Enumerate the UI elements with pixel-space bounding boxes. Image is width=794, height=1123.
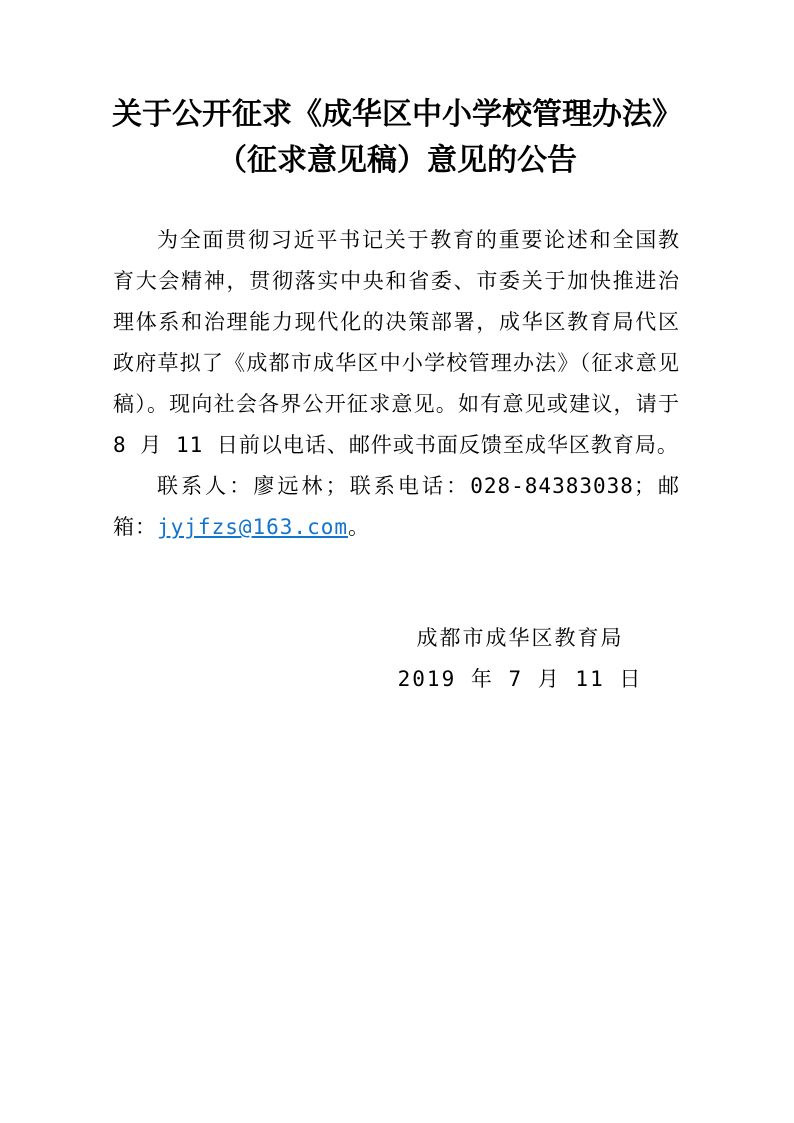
contact-paragraph: 联系人：廖远林；联系电话：028-84383038；邮箱：jyjfzs@163.… [113,466,680,548]
signature-date: 2019 年 7 月 11 日 [340,659,700,700]
document-page: 关于公开征求《成华区中小学校管理办法》 （征求意见稿）意见的公告 为全面贯彻习近… [0,0,794,1123]
document-title-line2: （征求意见稿）意见的公告 [0,138,794,184]
notice-text: 为全面贯彻习近平书记关于教育的重要论述和全国教育大会精神，贯彻落实中央和省委、市… [113,228,680,416]
phone-label: ；联系电话： [326,474,471,498]
signature-organization: 成都市成华区教育局 [340,618,700,659]
notice-paragraph: 为全面贯彻习近平书记关于教育的重要论述和全国教育大会精神，贯彻落实中央和省委、市… [113,220,680,466]
deadline-day: 11 [176,433,203,457]
contact-phone: 028-84383038 [470,474,634,498]
notice-text: 月 [127,433,176,457]
document-body: 为全面贯彻习近平书记关于教育的重要论述和全国教育大会精神，贯彻落实中央和省委、市… [113,220,680,548]
contact-email-link[interactable]: jyjfzs@163.com [157,515,348,539]
contact-name: 廖远林 [253,474,325,498]
document-title-line1: 关于公开征求《成华区中小学校管理办法》 [0,92,794,138]
sentence-period: 。 [348,515,370,539]
contact-label: 联系人： [157,474,253,498]
document-title: 关于公开征求《成华区中小学校管理办法》 （征求意见稿）意见的公告 [0,0,794,184]
notice-text: 日前以电话、邮件或书面反馈至成华区教育局。 [203,433,679,457]
signature-block: 成都市成华区教育局 2019 年 7 月 11 日 [340,618,700,700]
deadline-month: 8 [113,433,127,457]
